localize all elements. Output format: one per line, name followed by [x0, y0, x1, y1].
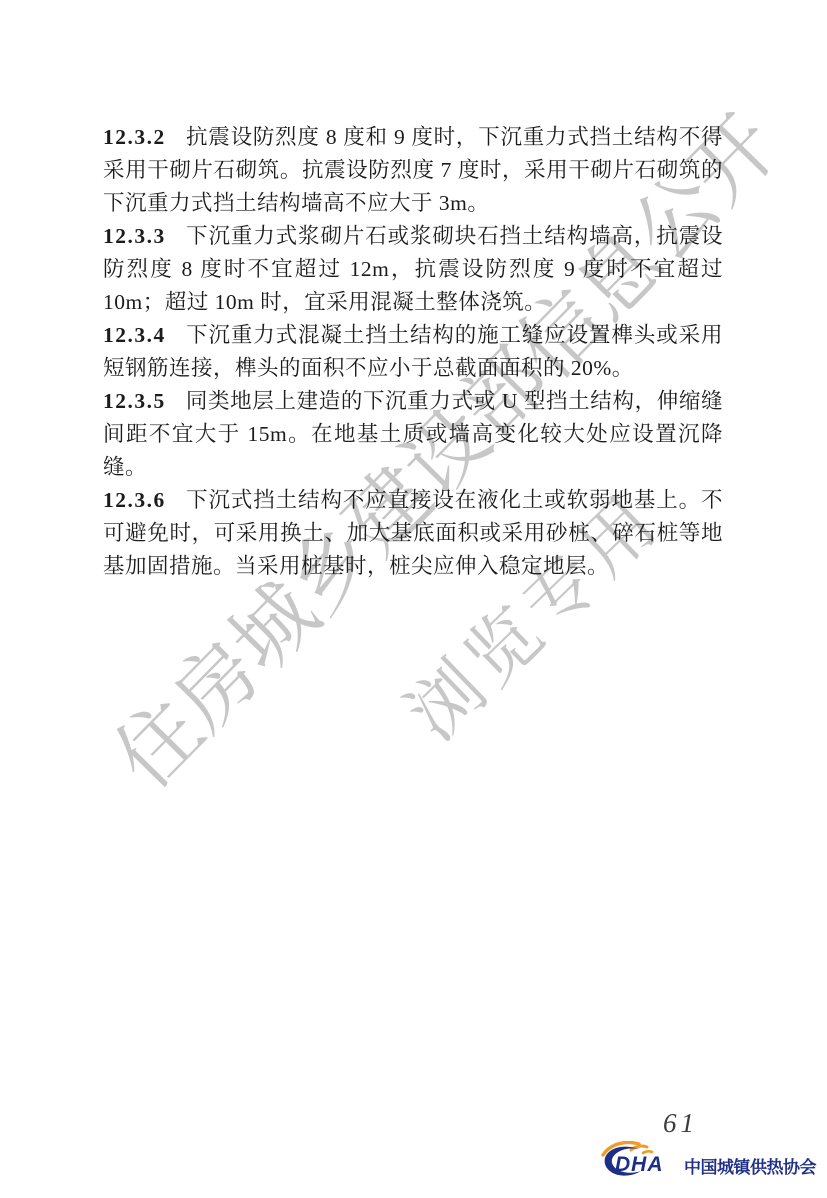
clause-paragraph: 12.3.3下沉重力式浆砌片石或浆砌块石挡土结构墙高，抗震设防烈度 8 度时不宜… — [103, 220, 723, 319]
dha-logo-badge: DHA — [598, 1140, 682, 1186]
clause-number: 12.3.3 — [103, 224, 186, 248]
clause-text: 下沉重力式浆砌片石或浆砌块石挡土结构墙高，抗震设防烈度 8 度时不宜超过 12m… — [103, 224, 723, 314]
clause-paragraph: 12.3.6下沉式挡土结构不应直接设在液化土或软弱地基上。不可避免时，可采用换土… — [103, 484, 723, 583]
page-number: 61 — [663, 1108, 698, 1139]
clause-text: 抗震设防烈度 8 度和 9 度时，下沉重力式挡土结构不得采用干砌片石砌筑。抗震设… — [103, 125, 723, 215]
logo-acronym: DHA — [615, 1153, 664, 1177]
clause-number: 12.3.4 — [103, 323, 186, 347]
document-body: 12.3.2抗震设防烈度 8 度和 9 度时，下沉重力式挡土结构不得采用干砌片石… — [103, 121, 723, 583]
clause-text: 下沉重力式混凝土挡土结构的施工缝应设置榫头或采用短钢筋连接，榫头的面积不应小于总… — [103, 323, 723, 380]
clause-number: 12.3.2 — [103, 125, 186, 149]
organization-logo: DHA 中国城镇供热协会 — [598, 1140, 816, 1186]
clause-text: 下沉式挡土结构不应直接设在液化土或软弱地基上。不可避免时，可采用换土、加大基底面… — [103, 488, 723, 578]
logo-org-name: 中国城镇供热协会 — [684, 1153, 816, 1178]
clause-paragraph: 12.3.4下沉重力式混凝土挡土结构的施工缝应设置榫头或采用短钢筋连接，榫头的面… — [103, 319, 723, 385]
clause-number: 12.3.6 — [103, 488, 186, 512]
clause-paragraph: 12.3.2抗震设防烈度 8 度和 9 度时，下沉重力式挡土结构不得采用干砌片石… — [103, 121, 723, 220]
document-page: 住房城乡建设部信息公开 浏览专用 12.3.2抗震设防烈度 8 度和 9 度时，… — [0, 0, 827, 1198]
clause-number: 12.3.5 — [103, 389, 186, 413]
clause-text: 同类地层上建造的下沉重力式或 U 型挡土结构，伸缩缝间距不宜大于 15m。在地基… — [103, 389, 723, 479]
clause-paragraph: 12.3.5同类地层上建造的下沉重力式或 U 型挡土结构，伸缩缝间距不宜大于 1… — [103, 385, 723, 484]
